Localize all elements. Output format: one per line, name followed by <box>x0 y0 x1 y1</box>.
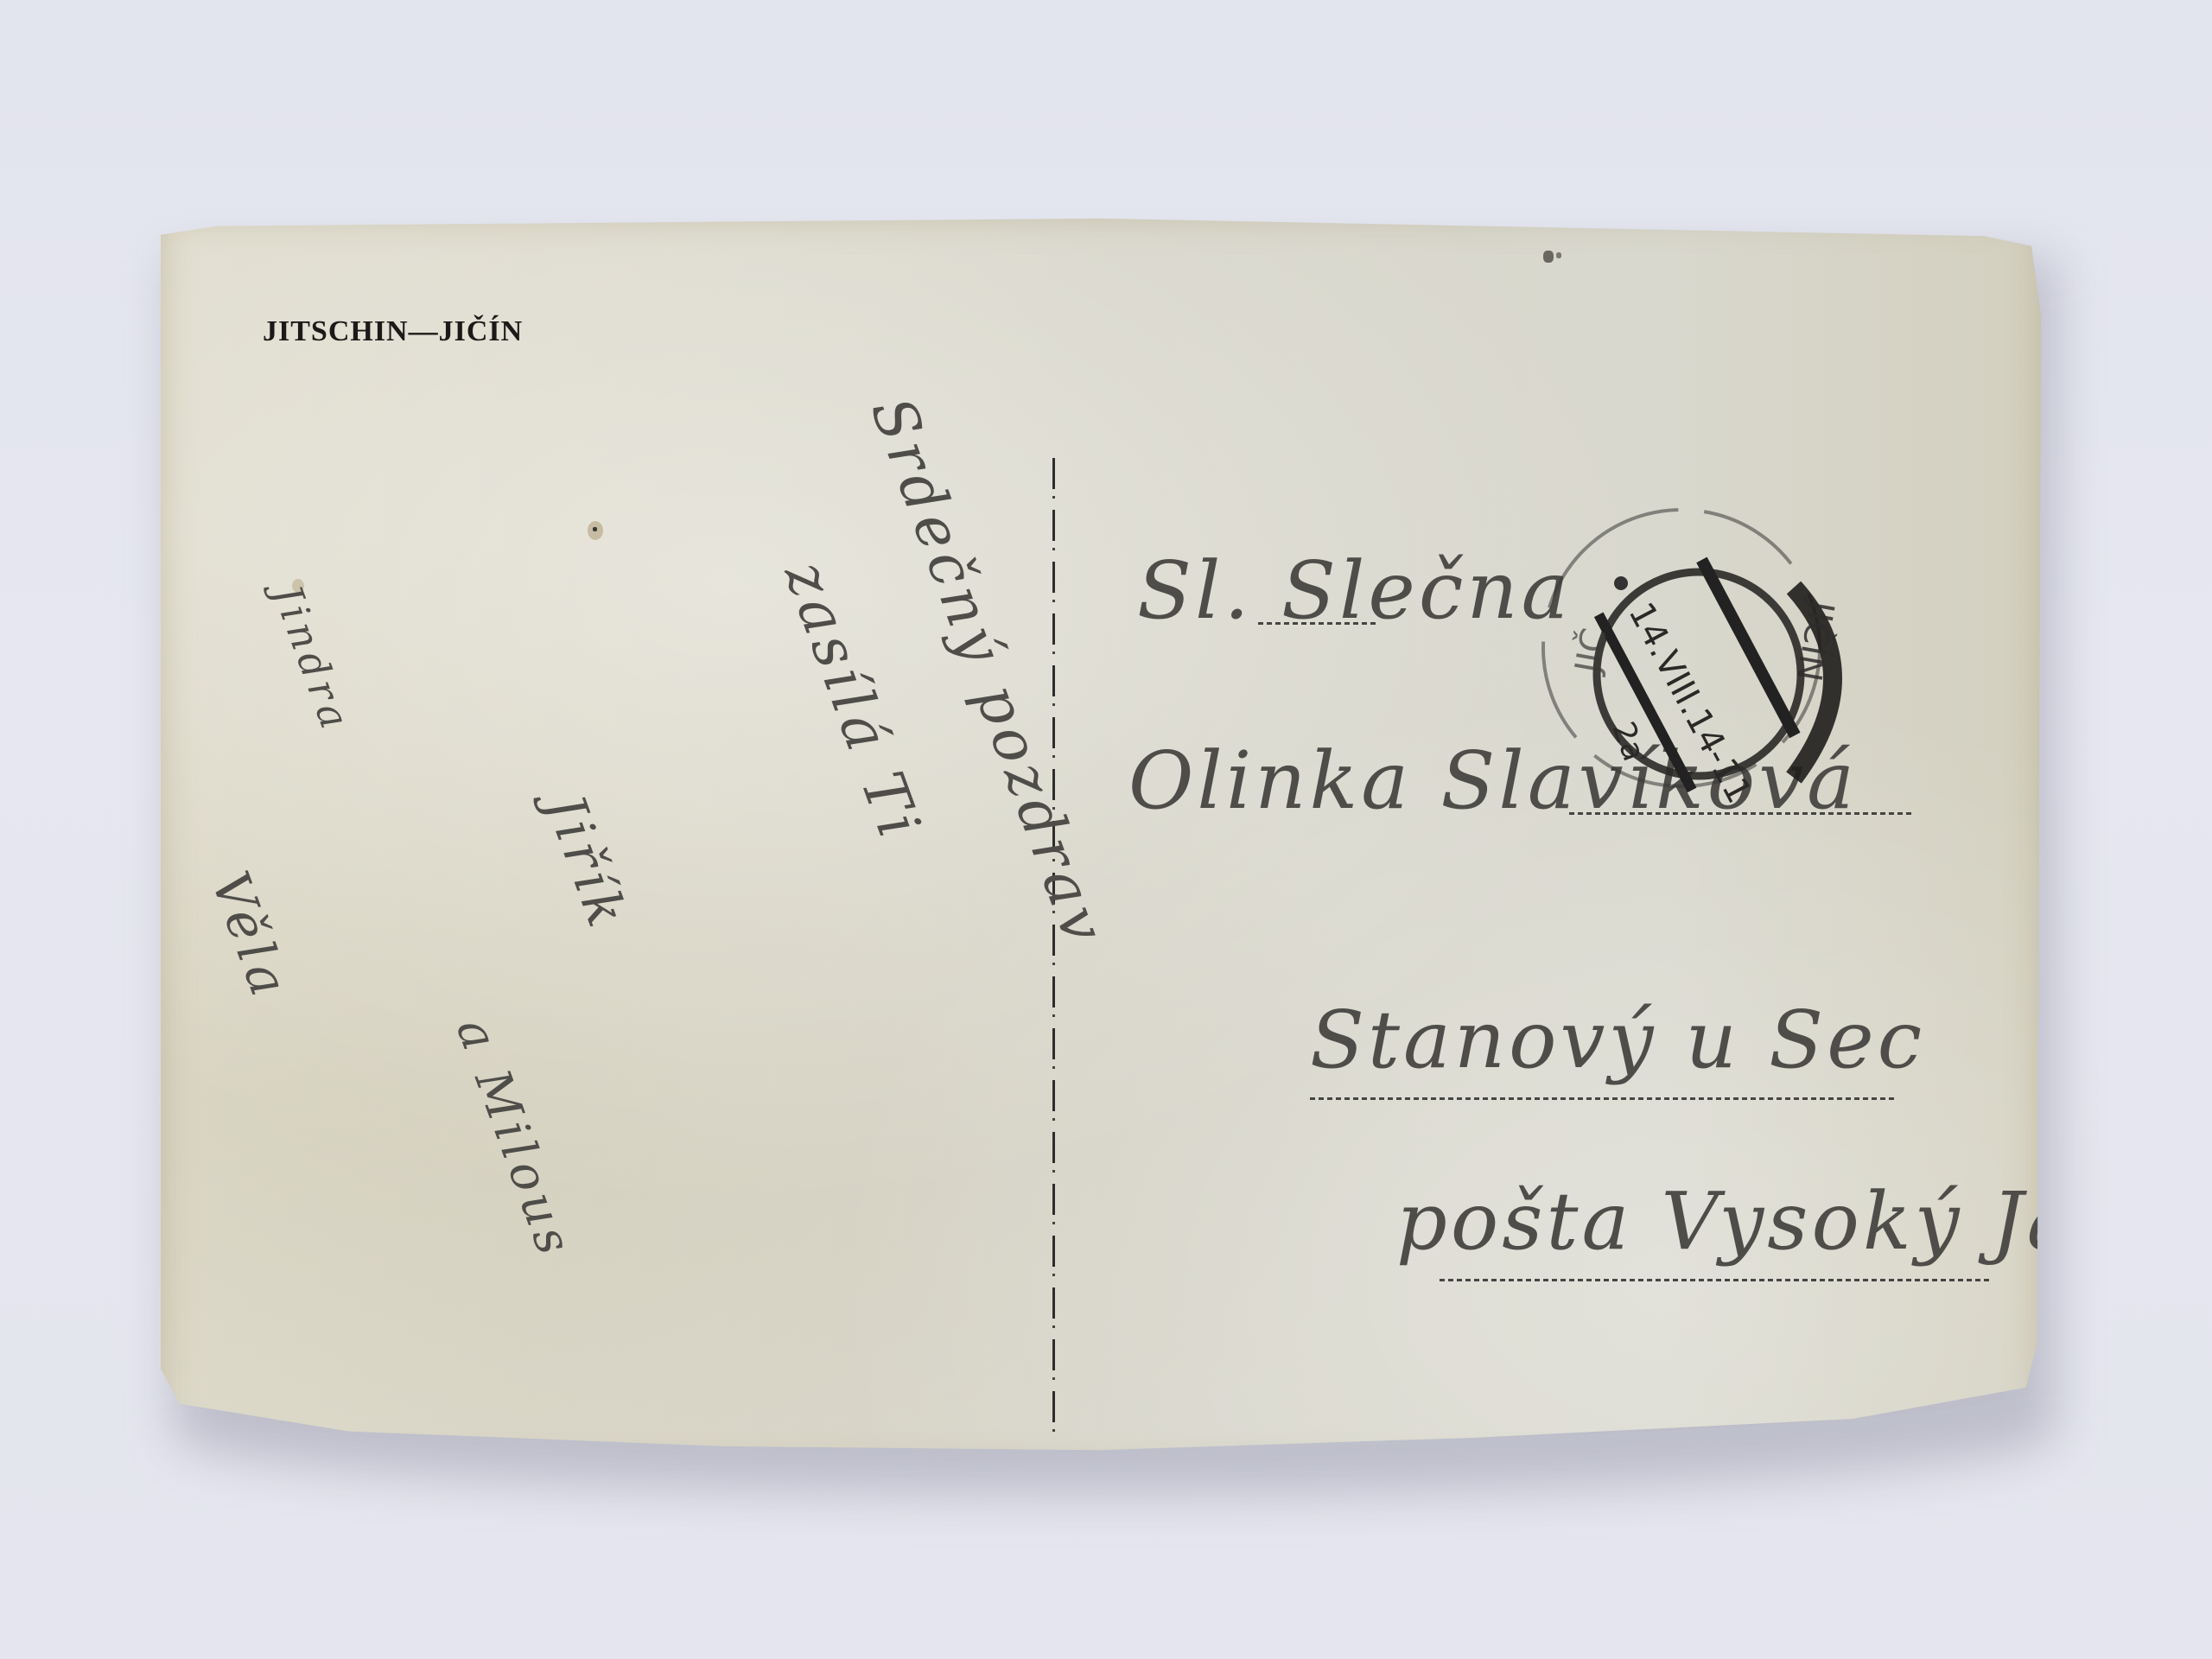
address-line-3: Stanový u Sec <box>1310 994 1925 1086</box>
message-line-1: Srdečný pozdrav <box>857 389 1119 957</box>
postmark-stamp: 14.VIII.14-11 2a JIČÍN JIČ <box>1509 475 1889 855</box>
signature-line-2: a Milous <box>445 1011 584 1267</box>
printed-title: JITSCHIN—JIČÍN <box>263 315 523 348</box>
address-dotted-line-1 <box>1258 622 1379 625</box>
signature-line-1: Jiřík <box>533 786 640 939</box>
speck <box>593 527 597 531</box>
left-note-line-1: Jindra <box>264 579 360 739</box>
speck <box>1543 251 1554 263</box>
postcard: JITSCHIN—JIČÍN Srdečný pozdrav zasílá Ti… <box>161 216 2041 1469</box>
speck <box>1556 252 1561 258</box>
message-line-2: zasílá Ti <box>771 553 935 851</box>
address-dotted-line-3 <box>1310 1097 1897 1100</box>
left-note-line-2: Věla <box>199 864 301 1008</box>
postmark-icon <box>1509 475 1889 855</box>
postmark-town-bottom: JIČ <box>1568 626 1615 677</box>
address-dotted-line-4 <box>1440 1279 1993 1281</box>
